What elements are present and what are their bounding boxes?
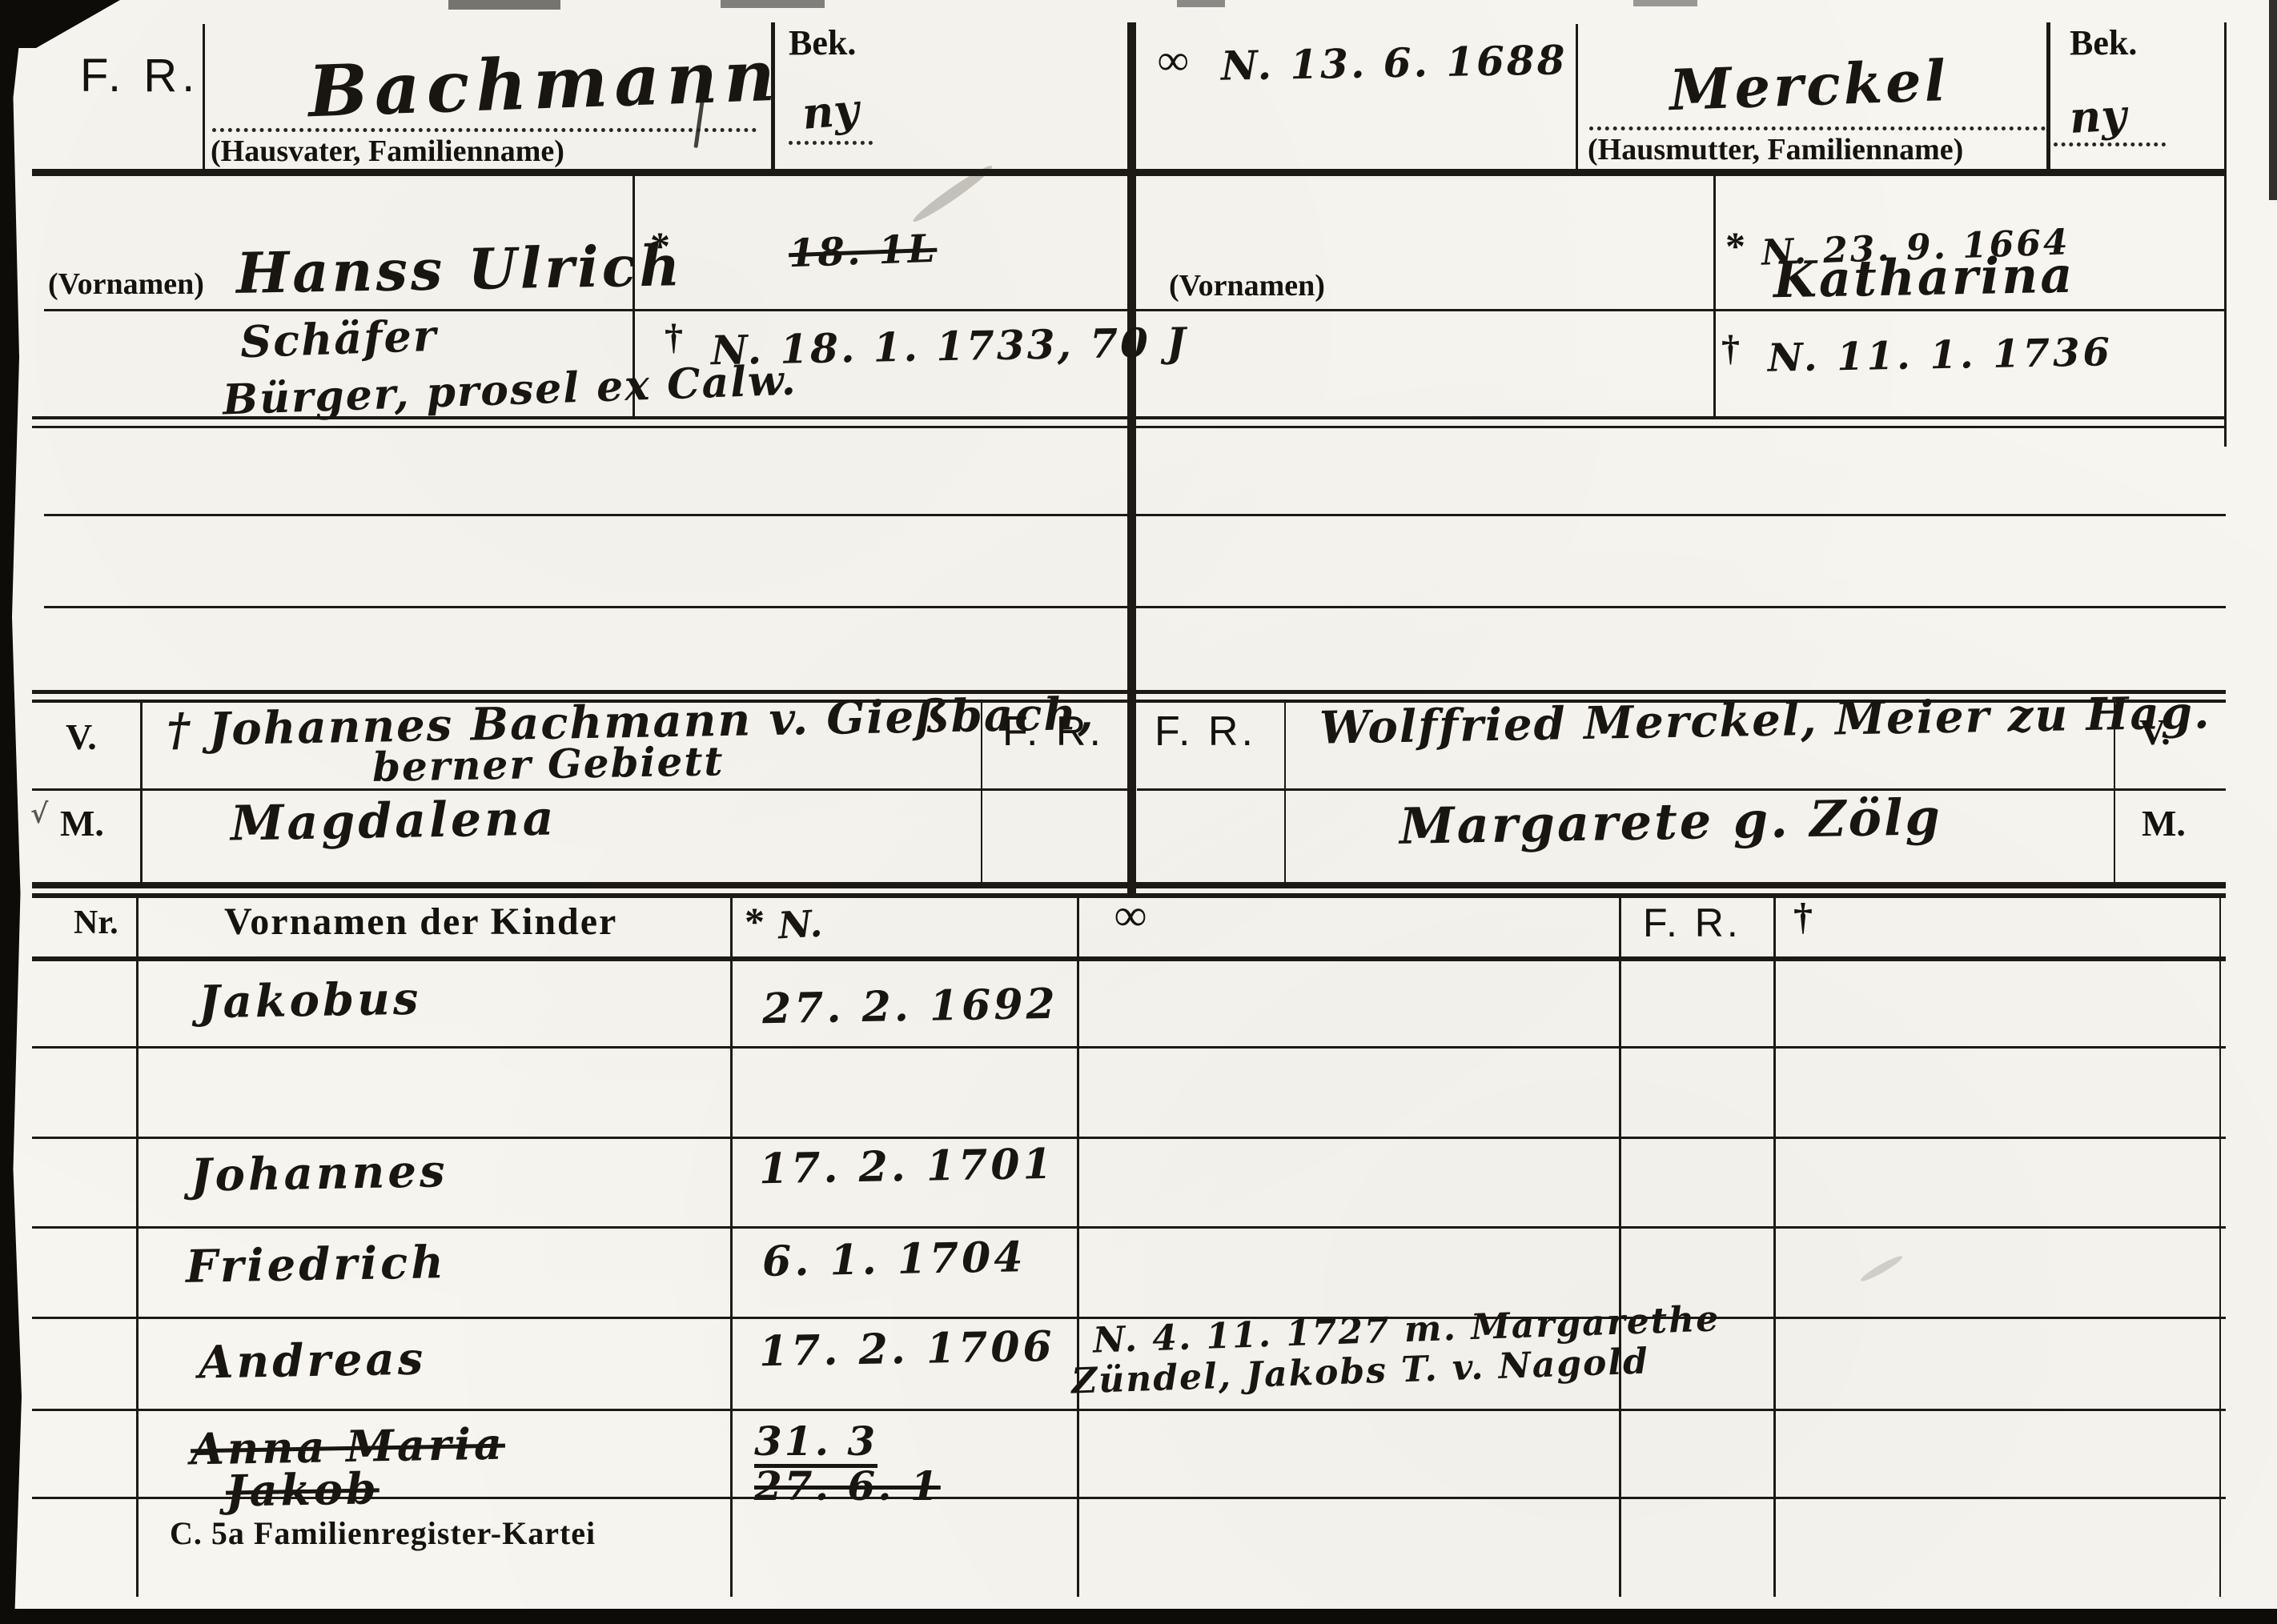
children-header-death-symbol: † [1793, 898, 1813, 936]
table-col-marriage [1619, 896, 1621, 1597]
table-col-names [730, 896, 733, 1597]
hausvater-birth-struck: 18. 1L [788, 230, 938, 273]
m-label-left: M. [60, 805, 104, 842]
scan-edge-bottom [0, 1609, 2277, 1624]
divider-bek-right [2046, 22, 2050, 170]
table-col-right-edge [2219, 896, 2221, 1597]
children-header-fr: F. R. [1643, 903, 1741, 943]
divider-fr-mid-right [1284, 701, 1286, 884]
child-row-3-name: Johannes [191, 1149, 448, 1198]
dotted-line-hausmutter [1589, 126, 2046, 130]
v-label-right: V. [2139, 714, 2171, 751]
child-row-4-name: Friedrich [186, 1240, 448, 1289]
birth-symbol-right: * [1725, 226, 1745, 266]
marriage-date: N. 13. 6. 1688 [1221, 40, 1568, 86]
rule-table-header-bottom [32, 956, 2226, 961]
child-row-1-birth: 27. 2. 1692 [762, 984, 1059, 1030]
vornamen-label-right: (Vornamen) [1169, 271, 1325, 301]
scan-speck-4 [1633, 0, 1697, 6]
table-col-nr [136, 896, 139, 1597]
scan-speck-3 [1177, 0, 1225, 7]
table-col-fr [1773, 896, 1776, 1597]
divider-vm-labels-left [140, 701, 143, 884]
bek-left-note: ny [801, 87, 861, 135]
children-header-names: Vornamen der Kinder [224, 903, 617, 941]
fr-label-mid-left: F. R. [1002, 711, 1104, 752]
m-label-right: M. [2142, 805, 2186, 842]
children-header-birth-symbol: * [745, 901, 765, 941]
father-left-line2: berner Gebiett [372, 741, 725, 788]
familienregister-card: F. R. Bek. (Hausvater, Familienname) ∞ (… [0, 0, 2277, 1624]
child-row-5-name: Andreas [199, 1337, 427, 1385]
divider-dates-right [1713, 170, 1716, 419]
rule-row-2 [32, 1137, 2226, 1139]
death-symbol-left: † [665, 319, 683, 355]
child-row-6-birth-line1: 31. 3 [754, 1422, 877, 1468]
hausvater-surname: Bachmann [307, 40, 783, 127]
table-col-birth [1077, 896, 1079, 1597]
mother-right: Margarete g. Zölg [1400, 792, 1943, 852]
bek-left-label: Bek. [789, 26, 856, 61]
stray-check-mark: √ [30, 800, 48, 828]
death-symbol-right: † [1721, 330, 1740, 367]
scan-speck-1 [448, 0, 560, 10]
hausmutter-label: (Hausmutter, Familienname) [1588, 134, 1963, 165]
father-right: Wolffried Merckel, Meier zu Hag. [1319, 690, 2211, 750]
birth-symbol-left: * [650, 226, 670, 266]
fr-label-mid-right: F. R. [1155, 711, 1256, 752]
dotted-line-bek-left [789, 141, 873, 145]
divider-center [1127, 22, 1136, 896]
pencil-smudge-2 [1859, 1253, 1905, 1285]
rule-vm-separator-right [1137, 788, 2226, 791]
rule-row-1 [32, 1046, 2226, 1049]
bek-right-note: ny [2069, 93, 2127, 139]
mother-left: Magdalena [231, 794, 558, 848]
children-header-marriage-symbol: ∞ [1114, 893, 1147, 938]
hausvater-death-value: N. 18. 1. 1733, 70 J [711, 323, 1189, 371]
dotted-line-hausvater [212, 128, 757, 132]
child-row-1-name: Jakobus [199, 976, 422, 1025]
scan-edge-left [0, 0, 24, 1624]
children-header-birth-note: N. [777, 905, 823, 944]
scan-edge-right-top [2269, 0, 2277, 200]
child-row-6-birth-line2: 27. 6. 1 [754, 1466, 941, 1506]
child-row-3-birth: 17. 2. 1701 [759, 1144, 1056, 1190]
hausvater-occupation-1: Schäfer [239, 314, 438, 364]
rule-row-5 [32, 1409, 2226, 1411]
hausmutter-surname: Merckel [1669, 53, 1950, 118]
child-row-5-birth: 17. 2. 1706 [759, 1326, 1056, 1373]
bek-right-label: Bek. [2070, 26, 2137, 61]
rule-row-3 [32, 1226, 2226, 1229]
v-label-left: V. [66, 719, 97, 756]
hausmutter-death-value: N. 11. 1. 1736 [1768, 333, 2114, 378]
divider-fr-box [203, 24, 205, 170]
marriage-symbol: ∞ [1158, 38, 1189, 82]
hausvater-given-names: Hanss Ulrich [235, 238, 683, 302]
child-row-6-name-struck-2: Jakob [226, 1466, 380, 1512]
fr-label-top: F. R. [80, 53, 199, 99]
hausvater-label: (Hausvater, Familienname) [211, 136, 564, 166]
hausmutter-birth-value: N. 23. 9. 1664 [1761, 225, 2070, 271]
rule-vm-separator-left [32, 788, 1127, 791]
scan-corner-top-left [0, 0, 120, 48]
children-header-nr: Nr. [74, 906, 118, 940]
vornamen-label-left: (Vornamen) [48, 269, 204, 299]
child-row-4-birth: 6. 1. 1704 [762, 1237, 1026, 1283]
scan-speck-2 [721, 0, 825, 8]
card-footer-label: C. 5a Familienregister-Kartei [170, 1518, 596, 1550]
divider-marriage [1576, 24, 1578, 170]
card-right-edge [2224, 22, 2227, 447]
